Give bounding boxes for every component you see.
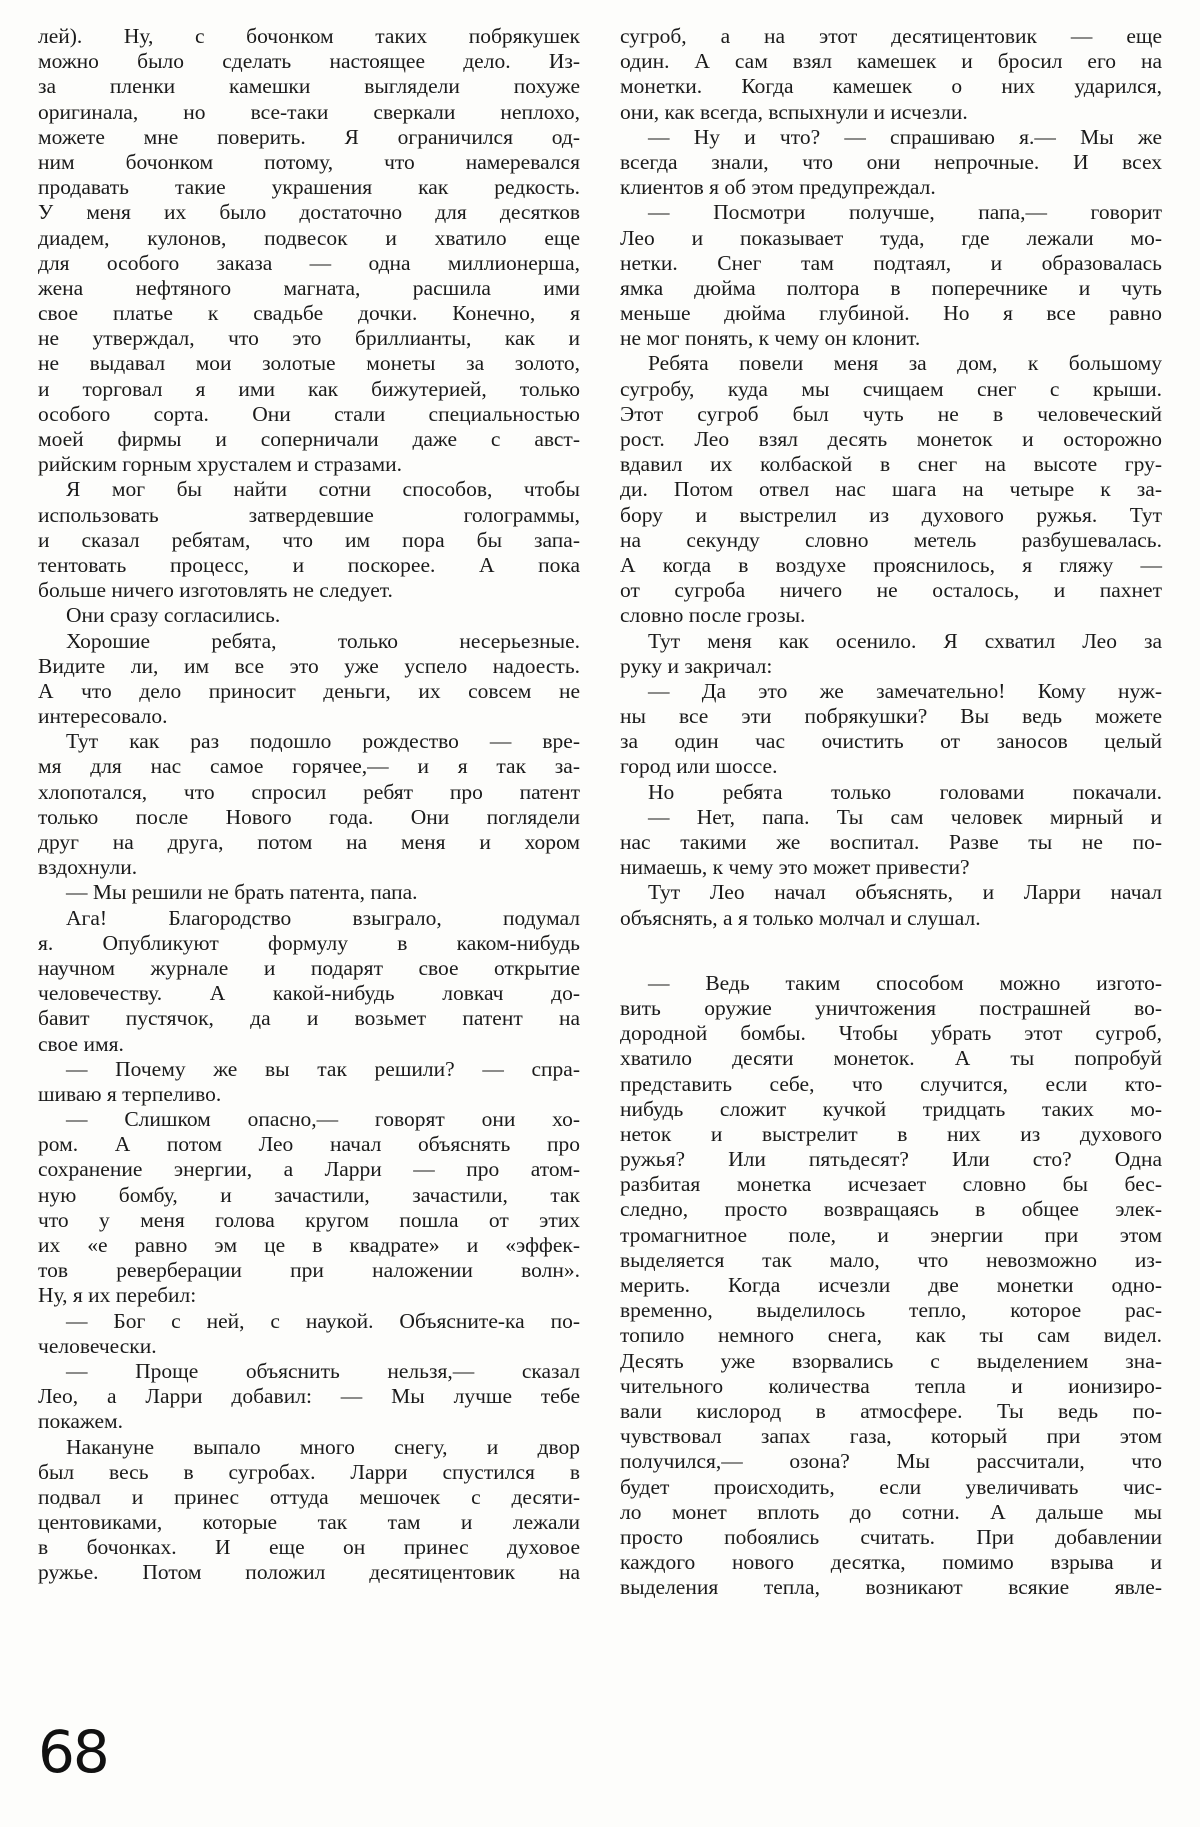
- text-line: монетки. Когда камешек о них ударился,: [620, 74, 1162, 99]
- text-line: топило немного снега, как ты сам видел.: [620, 1323, 1162, 1348]
- text-line: больше ничего изготовлять не следует.: [38, 578, 580, 603]
- text-line: не утверждал, что это бриллианты, как и: [38, 326, 580, 351]
- text-line: Тут меня как осенило. Я схватил Лео за: [620, 629, 1162, 654]
- text-line: Хорошие ребята, только несерьезные.: [38, 629, 580, 654]
- left-text-column: лей). Ну, с бочонком таких побрякушекмож…: [38, 24, 580, 1586]
- text-line: рост. Лео взял десять монеток и осторожн…: [620, 427, 1162, 452]
- right-text-column: сугроб, а на этот десятицентовик — ещеод…: [620, 24, 1162, 1600]
- text-line: Ну, я их перебил:: [38, 1283, 580, 1308]
- text-line: временно, выделилось тепло, которое рас-: [620, 1298, 1162, 1323]
- text-line: неток и выстрелит в них из духового: [620, 1122, 1162, 1147]
- text-line: Ребята повели меня за дом, к большому: [620, 351, 1162, 376]
- text-line: нас такими же воспитал. Разве ты не по-: [620, 830, 1162, 855]
- text-line: Лео и показывает туда, где лежали мо-: [620, 226, 1162, 251]
- text-line: подвал и принес оттуда мешочек с десяти-: [38, 1485, 580, 1510]
- text-line: хватило десяти монеток. А ты попробуй: [620, 1046, 1162, 1071]
- text-line: жена нефтяного магната, расшила ими: [38, 276, 580, 301]
- text-line: человечеству. А какой-нибудь ловкач до-: [38, 981, 580, 1006]
- text-line: Видите ли, им все это уже успело надоест…: [38, 654, 580, 679]
- text-line: не мог понять, к чему он клонит.: [620, 326, 1162, 351]
- text-line: Накануне выпало много снегу, и двор: [38, 1435, 580, 1460]
- text-line: только после Нового года. Они поглядели: [38, 805, 580, 830]
- text-line: за один час очистить от заносов целый: [620, 729, 1162, 754]
- text-line: оригинала, но все-таки сверкали неплохо,: [38, 100, 580, 125]
- text-line: тов реверберации при наложении волн».: [38, 1258, 580, 1283]
- text-line: Тут как раз подошло рождество — вре-: [38, 729, 580, 754]
- text-line: сугроб, а на этот десятицентовик — еще: [620, 24, 1162, 49]
- text-line: меньше дюйма глубиной. Но я все равно: [620, 301, 1162, 326]
- text-line: город или шоссе.: [620, 754, 1162, 779]
- text-line: — Мы решили не брать патента, папа.: [38, 880, 580, 905]
- text-line: — Посмотри получше, папа,— говорит: [620, 200, 1162, 225]
- text-line: лей). Ну, с бочонком таких побрякушек: [38, 24, 580, 49]
- text-line: — Да это же замечательно! Кому нуж-: [620, 679, 1162, 704]
- text-line: моей фирмы и соперничали даже с авст-: [38, 427, 580, 452]
- text-line: — Бог с ней, с наукой. Объясните-ка по-: [38, 1309, 580, 1334]
- text-line: У меня их было достаточно для десятков: [38, 200, 580, 225]
- text-line: Они сразу согласились.: [38, 603, 580, 628]
- text-line: ло монет вплоть до сотни. А дальше мы: [620, 1500, 1162, 1525]
- text-line: Лео, а Ларри добавил: — Мы лучше тебе: [38, 1384, 580, 1409]
- text-line: нибудь сложит кучкой тридцать таких мо-: [620, 1097, 1162, 1122]
- text-line: от сугроба ничего не осталось, и пахнет: [620, 578, 1162, 603]
- text-line: вдавил их колбаской в снег на высоте гру…: [620, 452, 1162, 477]
- text-line: мя для нас самое горячее,— и я так за-: [38, 754, 580, 779]
- text-line: и сказал ребятам, что им пора бы запа-: [38, 528, 580, 553]
- text-line: ную бомбу, и зачастили, зачастили, так: [38, 1183, 580, 1208]
- text-line: Но ребята только головами покачали.: [620, 780, 1162, 805]
- text-line: был весь в сугробах. Ларри спустился в: [38, 1460, 580, 1485]
- text-line: за пленки камешки выглядели похуже: [38, 74, 580, 99]
- text-line: — Ну и что? — спрашиваю я.— Мы же: [620, 125, 1162, 150]
- text-line: ружье. Потом положил десятицентовик на: [38, 1560, 580, 1585]
- text-line: один. А сам взял камешек и бросил его на: [620, 49, 1162, 74]
- page-number: 68: [38, 1718, 108, 1786]
- text-line: их «е равно эм це в квадрате» и «эффек-: [38, 1233, 580, 1258]
- text-line: друг на друга, потом на меня и хором: [38, 830, 580, 855]
- text-line: шиваю я терпеливо.: [38, 1082, 580, 1107]
- text-line: вить оружие уничтожения пострашней во-: [620, 996, 1162, 1021]
- text-line: бору и выстрелил из духового ружья. Тут: [620, 503, 1162, 528]
- text-line: сугробу, куда мы счищаем снег с крыши.: [620, 377, 1162, 402]
- text-line: будет происходить, если увеличивать чис-: [620, 1475, 1162, 1500]
- text-line: — Нет, папа. Ты сам человек мирный и: [620, 805, 1162, 830]
- text-line: каждого нового десятка, помимо взрыва и: [620, 1550, 1162, 1575]
- text-line: покажем.: [38, 1409, 580, 1434]
- text-line: можете мне поверить. Я ограничился од-: [38, 125, 580, 150]
- text-line: ром. А потом Лео начал объяснять про: [38, 1132, 580, 1157]
- text-line: тромагнитное поле, и энергии при этом: [620, 1223, 1162, 1248]
- text-line: на секунду словно метель разбушевалась.: [620, 528, 1162, 553]
- text-line: разбитая монетка исчезает словно бы бес-: [620, 1172, 1162, 1197]
- text-line: Тут Лео начал объяснять, и Ларри начал: [620, 880, 1162, 905]
- text-line: просто побоялись считать. При добавлении: [620, 1525, 1162, 1550]
- text-line: вали кислород в атмосфере. Ты ведь по-: [620, 1399, 1162, 1424]
- text-line: всегда знали, что они непрочные. И всех: [620, 150, 1162, 175]
- text-line: чительного количества тепла и ионизиро-: [620, 1374, 1162, 1399]
- text-line: для особого заказа — одна миллионерша,: [38, 251, 580, 276]
- text-line: получился,— озона? Мы рассчитали, что: [620, 1449, 1162, 1474]
- text-line: ним бочонком потому, что намеревался: [38, 150, 580, 175]
- text-line: интересовало.: [38, 704, 580, 729]
- text-line: Десять уже взорвались с выделением зна-: [620, 1349, 1162, 1374]
- text-line: центовиками, которые так там и лежали: [38, 1510, 580, 1535]
- text-line: Этот сугроб был чуть не в человеческий: [620, 402, 1162, 427]
- text-line: чувствовал запах газа, который при этом: [620, 1424, 1162, 1449]
- text-line: представить себе, что случится, если кто…: [620, 1072, 1162, 1097]
- text-line: ди. Потом отвел нас шага на четыре к за-: [620, 477, 1162, 502]
- text-line: выделения тепла, возникают всякие явле-: [620, 1575, 1162, 1600]
- text-line: тентовать процесс, и поскорее. А пока: [38, 553, 580, 578]
- text-line: диадем, кулонов, подвесок и хватило еще: [38, 226, 580, 251]
- text-line: бавит пустячок, да и возьмет патент на: [38, 1006, 580, 1031]
- text-line: в бочонках. И еще он принес духовое: [38, 1535, 580, 1560]
- text-line: — Проще объяснить нельзя,— сказал: [38, 1359, 580, 1384]
- text-line: можно было сделать настоящее дело. Из-: [38, 49, 580, 74]
- text-line: А когда в воздухе прояснилось, я гляжу —: [620, 553, 1162, 578]
- section-break: [620, 931, 1162, 971]
- text-line: не выдавал мои золотые монеты за золото,: [38, 351, 580, 376]
- text-line: ямка дюйма полтора в поперечнике и чуть: [620, 276, 1162, 301]
- text-line: дородной бомбы. Чтобы убрать этот сугроб…: [620, 1021, 1162, 1046]
- text-line: ружья? Или пятьдесят? Или сто? Одна: [620, 1147, 1162, 1172]
- text-line: особого сорта. Они стали специальностью: [38, 402, 580, 427]
- text-line: ны все эти побрякушки? Вы ведь можете: [620, 704, 1162, 729]
- text-line: словно после грозы.: [620, 603, 1162, 628]
- text-line: нетки. Снег там подтаял, и образовалась: [620, 251, 1162, 276]
- text-line: объяснять, а я только молчал и слушал.: [620, 906, 1162, 931]
- text-line: я. Опубликуют формулу в каком-нибудь: [38, 931, 580, 956]
- text-line: клиентов я об этом предупреждал.: [620, 175, 1162, 200]
- text-line: свое платье к свадьбе дочки. Конечно, я: [38, 301, 580, 326]
- text-line: мерить. Когда исчезли две монетки одно-: [620, 1273, 1162, 1298]
- text-line: следно, просто возвращаясь в общее элек-: [620, 1197, 1162, 1222]
- text-line: нимаешь, к чему это может привести?: [620, 855, 1162, 880]
- text-line: выделяется так мало, что невозможно из-: [620, 1248, 1162, 1273]
- text-line: рийским горным хрусталем и стразами.: [38, 452, 580, 477]
- text-line: — Почему же вы так решили? — спра-: [38, 1057, 580, 1082]
- text-line: А что дело приносит деньги, их совсем не: [38, 679, 580, 704]
- text-line: сохранение энергии, а Ларри — про атом-: [38, 1157, 580, 1182]
- text-line: человечески.: [38, 1334, 580, 1359]
- text-line: свое имя.: [38, 1032, 580, 1057]
- text-line: и торговал я ими как бижутерией, только: [38, 377, 580, 402]
- text-line: — Ведь таким способом можно изгото-: [620, 971, 1162, 996]
- text-line: научном журнале и подарят свое открытие: [38, 956, 580, 981]
- text-line: — Слишком опасно,— говорят они хо-: [38, 1107, 580, 1132]
- text-line: что у меня голова кругом пошла от этих: [38, 1208, 580, 1233]
- text-line: вздохнули.: [38, 855, 580, 880]
- text-line: руку и закричал:: [620, 654, 1162, 679]
- text-line: они, как всегда, вспыхнули и исчезли.: [620, 100, 1162, 125]
- text-line: Ага! Благородство взыграло, подумал: [38, 906, 580, 931]
- text-line: продавать такие украшения как редкость.: [38, 175, 580, 200]
- text-line: Я мог бы найти сотни способов, чтобы: [38, 477, 580, 502]
- text-line: хлопотался, что спросил ребят про патент: [38, 780, 580, 805]
- text-line: использовать затвердевшие голограммы,: [38, 503, 580, 528]
